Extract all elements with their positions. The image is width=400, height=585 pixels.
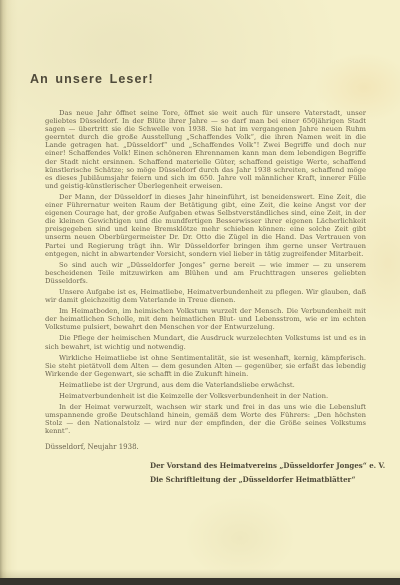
paragraph: Wirkliche Heimatliebe ist ohne Sentiment… xyxy=(45,354,366,378)
page-heading: An unsere Leser! xyxy=(30,72,154,86)
scan-edge-strip xyxy=(0,578,400,585)
signature-line-board: Der Vorstand des Heimatvereins „Düsseldo… xyxy=(150,459,385,473)
paragraph: So sind auch wir „Düsseldorfer Jonges“ g… xyxy=(45,261,366,285)
scanned-document-page: An unsere Leser! Das neue Jahr öffnet se… xyxy=(0,0,400,585)
paragraph: Die Pflege der heimischen Mundart, die A… xyxy=(45,334,366,350)
paragraph: Heimatliebe ist der Urgrund, aus dem die… xyxy=(45,381,366,389)
paragraph: Unsere Aufgabe ist es, Heimatliebe, Heim… xyxy=(45,288,366,304)
paragraph: Das neue Jahr öffnet seine Tore, öffnet … xyxy=(45,109,366,190)
paragraph: In der Heimat verwurzelt, wachsen wir st… xyxy=(45,403,366,435)
paragraph: Der Mann, der Düsseldorf in dieses Jahr … xyxy=(45,193,366,258)
paragraph: Im Heimatboden, im heimischen Volkstum w… xyxy=(45,307,366,331)
paragraph: Heimatverbundenheit ist die Keimzelle de… xyxy=(45,392,366,400)
signature-block: Der Vorstand des Heimatvereins „Düsseldo… xyxy=(150,459,385,487)
document-body: Das neue Jahr öffnet seine Tore, öffnet … xyxy=(45,109,366,438)
signature-line-editors: Die Schriftleitung der „Düsseldorfer Hei… xyxy=(150,473,385,487)
dateline: Düsseldorf, Neujahr 1938. xyxy=(45,443,139,451)
